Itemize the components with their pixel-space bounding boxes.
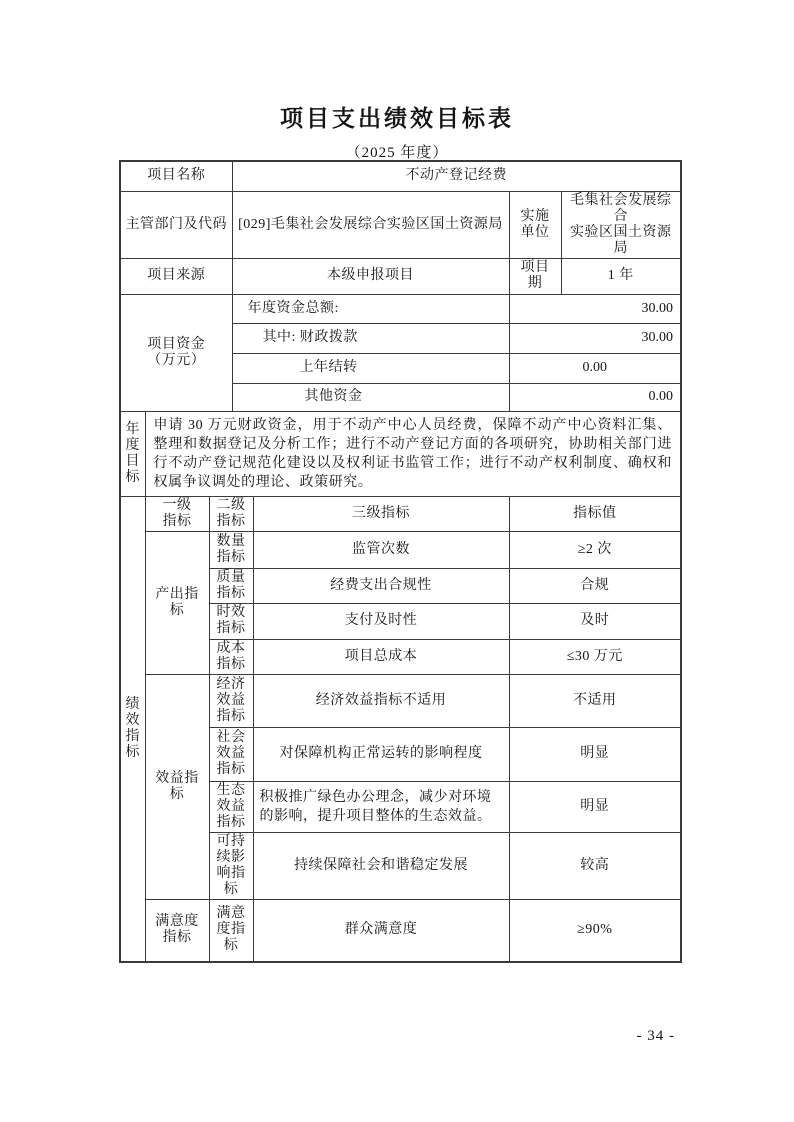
- indicator-l3-cell: 积极推广绿色办公理念，减少对环境 的影响，提升项目整体的生态效益。: [253, 781, 509, 832]
- indicator-l2-cell: 社会 效益 指标: [209, 727, 253, 781]
- indicator-l3-cell: 监管次数: [253, 531, 509, 568]
- indicator-l3-cell: 持续保障社会和谐稳定发展: [253, 832, 509, 899]
- indicator-group-satisfaction-label-cell: 满意度 指标: [145, 899, 209, 962]
- funding-carryover-name-cell: 上年结转: [232, 353, 509, 383]
- document-page: 项目支出绩效目标表 （2025 年度） 项目名称 不动产登记经费 主管部门及代码…: [0, 0, 794, 1122]
- impl-unit-label-cell: 实施 单位: [509, 191, 561, 258]
- indicator-header-value-cell: 指标值: [509, 496, 681, 531]
- funding-fiscal-value-cell: 30.00: [509, 323, 681, 353]
- indicator-l2-cell: 满意 度指 标: [209, 899, 253, 962]
- funding-other-value-cell: 0.00: [509, 383, 681, 411]
- indicator-l2-cell: 时效 指标: [209, 603, 253, 639]
- project-source-value-cell: 本级申报项目: [232, 258, 509, 294]
- funding-total-value-cell: 30.00: [509, 294, 681, 323]
- page-subtitle: （2025 年度）: [0, 141, 794, 162]
- indicator-l3-cell: 经济效益指标不适用: [253, 674, 509, 727]
- dept-code-value-cell: [029]毛集社会发展综合实验区国土资源局: [232, 191, 509, 258]
- page-number: - 34 -: [119, 1028, 681, 1045]
- dept-code-label-cell: 主管部门及代码: [120, 191, 232, 258]
- indicator-value-cell: 较高: [509, 832, 681, 899]
- indicator-l2-cell: 成本 指标: [209, 639, 253, 674]
- indicator-value-cell: ≤30 万元: [509, 639, 681, 674]
- annual-goal-text-cell: 申请 30 万元财政资金，用于不动产中心人员经费，保障不动产中心资料汇集、整理和…: [145, 411, 681, 496]
- project-source-label-cell: 项目来源: [120, 258, 232, 294]
- indicator-l2-cell: 生态 效益 指标: [209, 781, 253, 832]
- indicator-value-cell: 不适用: [509, 674, 681, 727]
- indicator-value-cell: 明显: [509, 727, 681, 781]
- indicator-l3-cell: 群众满意度: [253, 899, 509, 962]
- indicator-header-l3-cell: 三级指标: [253, 496, 509, 531]
- indicators-section-label-cell: 绩 效 指 标: [120, 496, 145, 962]
- impl-unit-value-cell: 毛集社会发展综合 实验区国土资源局: [561, 191, 681, 258]
- indicator-l2-cell: 数量 指标: [209, 531, 253, 568]
- indicator-value-cell: 合规: [509, 568, 681, 603]
- project-name-value-cell: 不动产登记经费: [232, 161, 681, 191]
- indicator-l3-cell: 项目总成本: [253, 639, 509, 674]
- indicator-l3-cell: 对保障机构正常运转的影响程度: [253, 727, 509, 781]
- indicator-group-output-label-cell: 产出指 标: [145, 531, 209, 674]
- indicator-l2-cell: 经济 效益 指标: [209, 674, 253, 727]
- indicator-group-benefit-label-cell: 效益指 标: [145, 674, 209, 899]
- indicator-value-cell: 明显: [509, 781, 681, 832]
- indicator-value-cell: ≥90%: [509, 899, 681, 962]
- project-period-label-cell: 项目 期: [509, 258, 561, 294]
- project-period-value-cell: 1 年: [561, 258, 681, 294]
- funding-total-name-cell: 年度资金总额:: [232, 294, 509, 323]
- funding-label-cell: 项目资金 （万元）: [120, 294, 232, 411]
- indicator-l3-cell: 支付及时性: [253, 603, 509, 639]
- indicator-l3-cell: 经费支出合规性: [253, 568, 509, 603]
- indicator-header-l2-cell: 二级 指标: [209, 496, 253, 531]
- funding-other-name-cell: 其他资金: [232, 383, 509, 411]
- indicator-l2-cell: 质量 指标: [209, 568, 253, 603]
- page-title: 项目支出绩效目标表: [0, 100, 794, 133]
- indicator-header-l1-cell: 一级 指标: [145, 496, 209, 531]
- indicator-l2-cell: 可持 续影 响指 标: [209, 832, 253, 899]
- performance-target-table: 项目名称 不动产登记经费 主管部门及代码 [029]毛集社会发展综合实验区国土资…: [119, 160, 682, 963]
- annual-goal-label-cell: 年 度 目 标: [120, 411, 145, 496]
- indicator-value-cell: 及时: [509, 603, 681, 639]
- funding-fiscal-name-cell: 其中: 财政拨款: [232, 323, 509, 353]
- indicator-value-cell: ≥2 次: [509, 531, 681, 568]
- project-name-label-cell: 项目名称: [120, 161, 232, 191]
- funding-carryover-value-cell: 0.00: [509, 353, 681, 383]
